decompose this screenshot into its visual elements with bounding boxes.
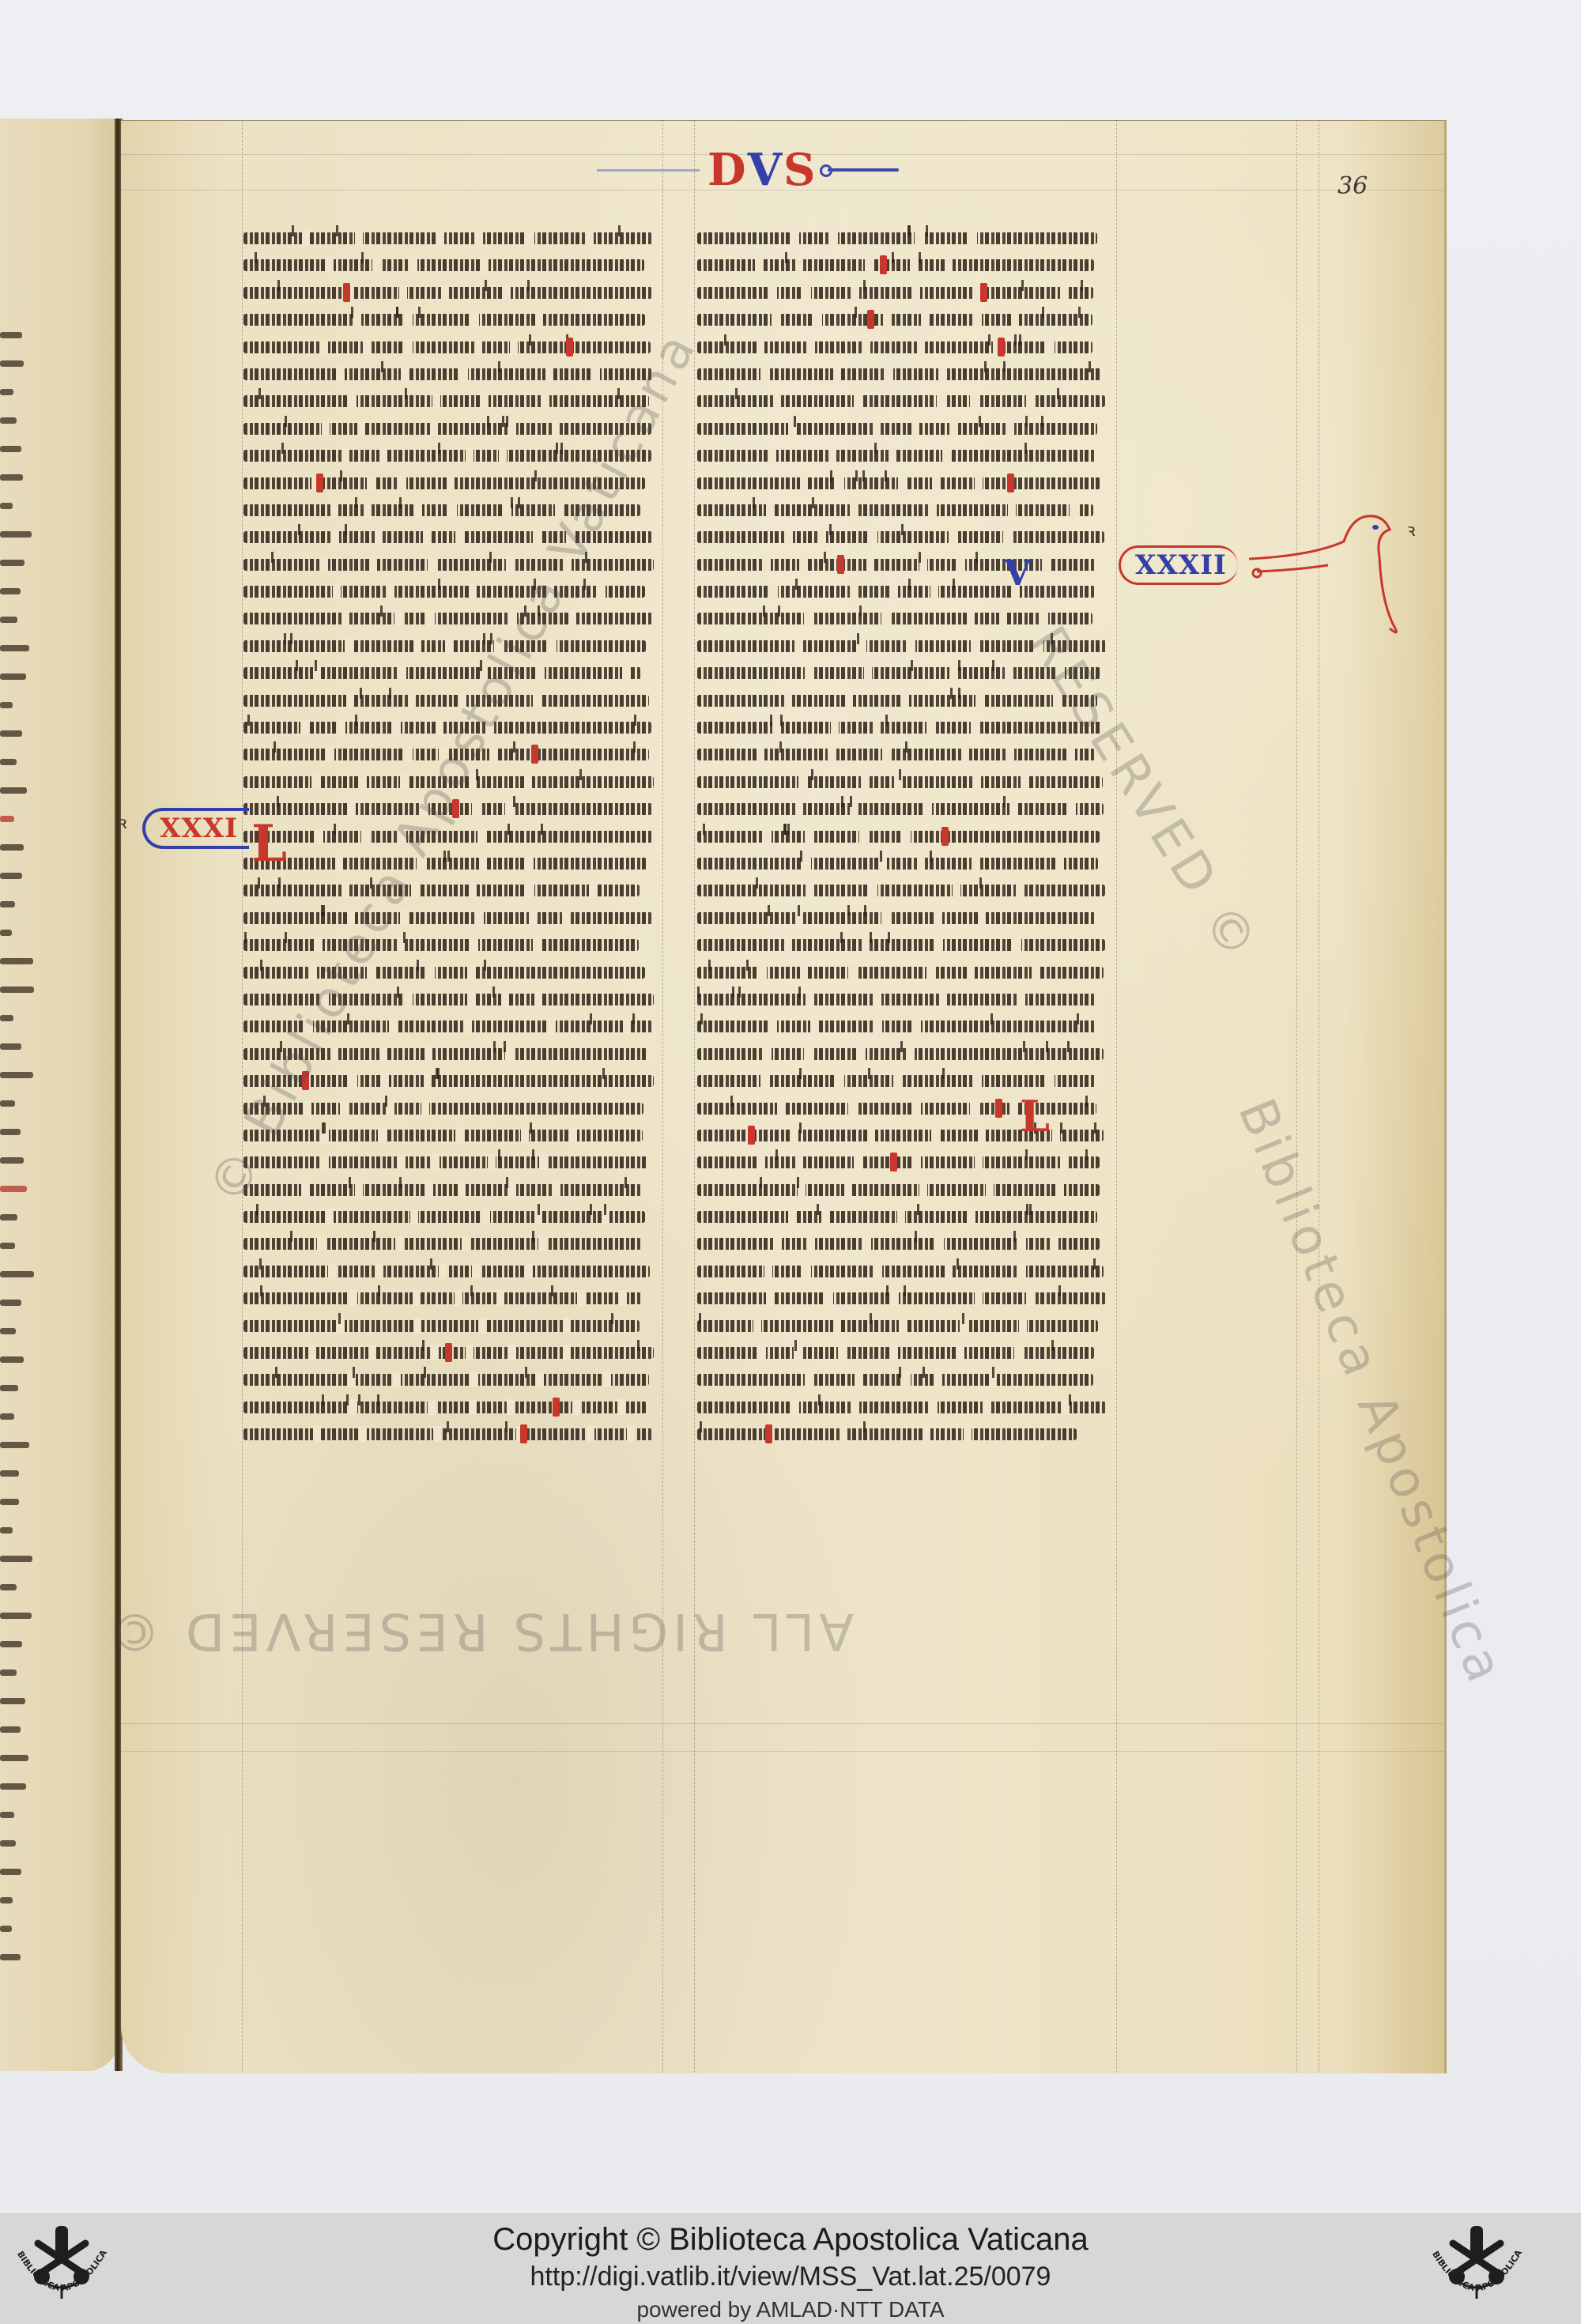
script-line: [243, 1421, 655, 1448]
verso-script-fragment: [0, 1271, 34, 1277]
script-line: [697, 307, 1108, 334]
script-line: [697, 1285, 1108, 1312]
rubricated-letter: [880, 255, 887, 274]
verso-page-fragment: [0, 119, 119, 2071]
chapter-number-xxxi: XXXI: [142, 808, 249, 849]
footer-powered-by: powered by AMLAD·NTT DATA: [0, 2297, 1581, 2322]
chapter-numeral: XXXII: [1135, 549, 1227, 581]
script-line: [697, 1041, 1108, 1068]
running-header: D V S: [597, 142, 899, 198]
ruling-line: [694, 120, 695, 2073]
verso-script-fragment: [0, 1186, 27, 1192]
script-line: [243, 1258, 655, 1285]
verso-script-fragment: [0, 1698, 25, 1704]
script-line: [697, 824, 1108, 851]
script-line: [243, 877, 655, 904]
script-line: [243, 361, 655, 388]
script-line: [243, 1367, 655, 1394]
verso-script-fragment: [0, 360, 24, 367]
verso-script-fragment: [0, 730, 22, 737]
marginal-note: ꝛ: [1407, 518, 1415, 541]
verso-script-fragment: [0, 930, 12, 936]
verso-script-fragment: [0, 503, 13, 509]
script-line: [243, 225, 655, 252]
verso-script-fragment: [0, 560, 25, 566]
script-line: [697, 1013, 1108, 1040]
script-line: [243, 905, 655, 932]
rubricated-letter: [837, 555, 844, 574]
script-line: [243, 252, 655, 279]
verso-script-fragment: [0, 1214, 17, 1220]
vatican-library-logo: BIBLIOTECA APOSTOLICA VATICANA: [1421, 2220, 1532, 2321]
verso-script-fragment: [0, 1613, 32, 1619]
script-line: [697, 579, 1108, 606]
copyright-footer: Copyright © Biblioteca Apostolica Vatica…: [0, 2213, 1581, 2324]
verso-script-fragment: [0, 617, 17, 623]
script-line: [243, 579, 655, 606]
verso-script-fragment: [0, 645, 29, 651]
verso-script-fragment: [0, 1556, 32, 1562]
verso-script-fragment: [0, 1584, 17, 1590]
verso-script-fragment: [0, 1869, 21, 1875]
verso-script-fragment: [0, 1328, 16, 1334]
script-line: [697, 932, 1108, 959]
decorated-initial: L: [1020, 1091, 1050, 1141]
verso-script-fragment: [0, 1243, 15, 1249]
script-line: [243, 660, 655, 687]
verso-script-fragment: [0, 474, 23, 481]
verso-script-fragment: [0, 702, 13, 708]
verso-script-fragment: [0, 759, 17, 765]
script-line: [243, 1340, 655, 1367]
script-line: [243, 1313, 655, 1340]
penwork-flourish-icon: [1249, 510, 1399, 636]
footer-url-link[interactable]: http://digi.vatlib.it/view/MSS_Vat.lat.2…: [0, 2262, 1581, 2292]
script-line: [697, 851, 1108, 877]
verso-script-fragment: [0, 1470, 19, 1477]
script-line: [243, 1177, 655, 1204]
ruling-line: [121, 1723, 1444, 1724]
script-line: [697, 1177, 1108, 1204]
script-line: [697, 987, 1108, 1013]
verso-script-fragment: [0, 1300, 21, 1306]
decorated-initial: L: [251, 814, 287, 873]
rubricated-letter: [980, 283, 987, 302]
script-line: [697, 1421, 1108, 1448]
running-header-letter: D: [707, 144, 748, 196]
script-line: [243, 416, 655, 443]
verso-script-fragment: [0, 787, 27, 794]
header-flourish-left: [597, 169, 700, 172]
chapter-numeral: XXXI: [160, 813, 238, 844]
script-line: [697, 1258, 1108, 1285]
script-line: [697, 1313, 1108, 1340]
script-line: [697, 1149, 1108, 1176]
rubricated-letter: [520, 1424, 527, 1443]
script-line: [697, 280, 1108, 307]
rubricated-letter: [748, 1126, 755, 1145]
ruling-line: [1319, 120, 1319, 2073]
verso-script-fragment: [0, 1356, 24, 1363]
verso-script-fragment: [0, 1897, 13, 1903]
script-line: [697, 1394, 1108, 1421]
script-line: [697, 1231, 1108, 1258]
verso-script-fragment: [0, 446, 21, 452]
script-line: [697, 416, 1108, 443]
ruling-line: [242, 120, 243, 2073]
script-line: [697, 741, 1108, 768]
script-line: [243, 688, 655, 715]
script-line: [697, 225, 1108, 252]
verso-script-fragment: [0, 1527, 13, 1534]
script-line: [697, 1367, 1108, 1394]
verso-script-fragment: [0, 1442, 29, 1448]
script-line: [243, 1285, 655, 1312]
script-line: [697, 1340, 1108, 1367]
verso-script-fragment: [0, 1072, 33, 1078]
verso-script-fragment: [0, 1783, 26, 1790]
verso-script-fragment: [0, 958, 33, 964]
verso-script-fragment: [0, 332, 22, 338]
script-line: [697, 443, 1108, 470]
script-line: [697, 388, 1108, 415]
script-line: [697, 905, 1108, 932]
verso-script-fragment: [0, 1129, 21, 1135]
script-line: [697, 252, 1108, 279]
script-line: [243, 1122, 655, 1149]
verso-script-fragment: [0, 1641, 22, 1647]
rubricated-letter: [343, 283, 350, 302]
verso-script-fragment: [0, 1499, 19, 1505]
script-line: [697, 470, 1108, 497]
verso-script-fragment: [0, 873, 22, 879]
rubricated-letter: [566, 338, 573, 357]
verso-script-fragment: [0, 1385, 18, 1391]
rubricated-letter: [531, 745, 538, 764]
rubricated-letter: [998, 338, 1005, 357]
script-line: [697, 960, 1108, 987]
rubricated-letter: [941, 827, 949, 846]
script-line: [697, 361, 1108, 388]
script-line: [697, 334, 1108, 361]
script-line: [243, 388, 655, 415]
script-line: [243, 280, 655, 307]
script-line: [697, 524, 1108, 551]
verso-script-fragment: [0, 531, 32, 538]
rubricated-letter: [995, 1099, 1002, 1118]
script-line: [243, 932, 655, 959]
verso-script-fragment: [0, 1812, 14, 1818]
verso-script-fragment: [0, 389, 13, 395]
rubricated-letter: [765, 1424, 772, 1443]
rubricated-letter: [553, 1398, 560, 1417]
script-line: [697, 1204, 1108, 1231]
chapter-number-xxxii: XXXII: [1119, 545, 1238, 585]
rubricated-letter: [445, 1343, 452, 1362]
script-line: [243, 307, 655, 334]
script-line: [243, 334, 655, 361]
script-line: [697, 796, 1108, 823]
verso-script-fragment: [0, 588, 21, 594]
script-line: [243, 1204, 655, 1231]
verso-script-fragment: [0, 1413, 14, 1420]
script-line: [697, 715, 1108, 741]
ruling-line: [1116, 120, 1117, 2073]
ruling-line: [1296, 120, 1297, 2073]
ruling-line: [121, 1751, 1444, 1752]
papal-keys-icon: BIBLIOTECA APOSTOLICA VATICANA: [1421, 2220, 1532, 2321]
verso-script-fragment: [0, 987, 34, 993]
rubricated-letter: [890, 1153, 897, 1171]
marginal-note: ꝛ: [119, 810, 126, 834]
watermark-text: ALL RIGHTS RESERVED ©: [105, 1602, 854, 1660]
verso-script-fragment: [0, 1015, 13, 1021]
verso-script-fragment: [0, 673, 26, 680]
verso-script-fragment: [0, 901, 15, 907]
script-line: [243, 1394, 655, 1421]
verso-script-fragment: [0, 1755, 28, 1761]
header-flourish-right: [828, 168, 899, 172]
script-line: [243, 633, 655, 660]
verso-script-fragment: [0, 1157, 24, 1164]
script-line: [243, 851, 655, 877]
running-header-letter: V: [748, 144, 783, 196]
papal-keys-icon: BIBLIOTECA APOSTOLICA VATICANA: [6, 2220, 117, 2321]
verso-script-fragment: [0, 417, 17, 424]
folio-number: 36: [1338, 172, 1368, 200]
verso-script-fragment: [0, 1726, 21, 1733]
vatican-library-logo: BIBLIOTECA APOSTOLICA VATICANA: [6, 2220, 117, 2321]
verso-script-fragment: [0, 816, 14, 822]
verso-script-fragment: [0, 844, 24, 851]
script-line: [697, 769, 1108, 796]
script-line: [697, 552, 1108, 579]
verso-script-fragment: [0, 1840, 16, 1847]
verso-text-fragment: [0, 332, 36, 1983]
verso-script-fragment: [0, 1100, 15, 1107]
script-line: [243, 606, 655, 632]
footer-copyright: Copyright © Biblioteca Apostolica Vatica…: [0, 2222, 1581, 2258]
script-line: [243, 1231, 655, 1258]
text-column-b: [697, 225, 1108, 1449]
rubricated-letter: [867, 310, 874, 329]
script-line: [243, 1149, 655, 1176]
verso-script-fragment: [0, 1043, 21, 1050]
verso-script-fragment: [0, 1954, 21, 1960]
running-header-letter: S: [783, 144, 817, 196]
script-line: [697, 497, 1108, 524]
verso-script-fragment: [0, 1669, 17, 1676]
rubricated-letter: [316, 473, 323, 492]
verso-script-fragment: [0, 1926, 12, 1932]
decorated-initial: V: [1004, 553, 1031, 594]
script-line: [697, 877, 1108, 904]
rubricated-letter: [1007, 473, 1014, 492]
